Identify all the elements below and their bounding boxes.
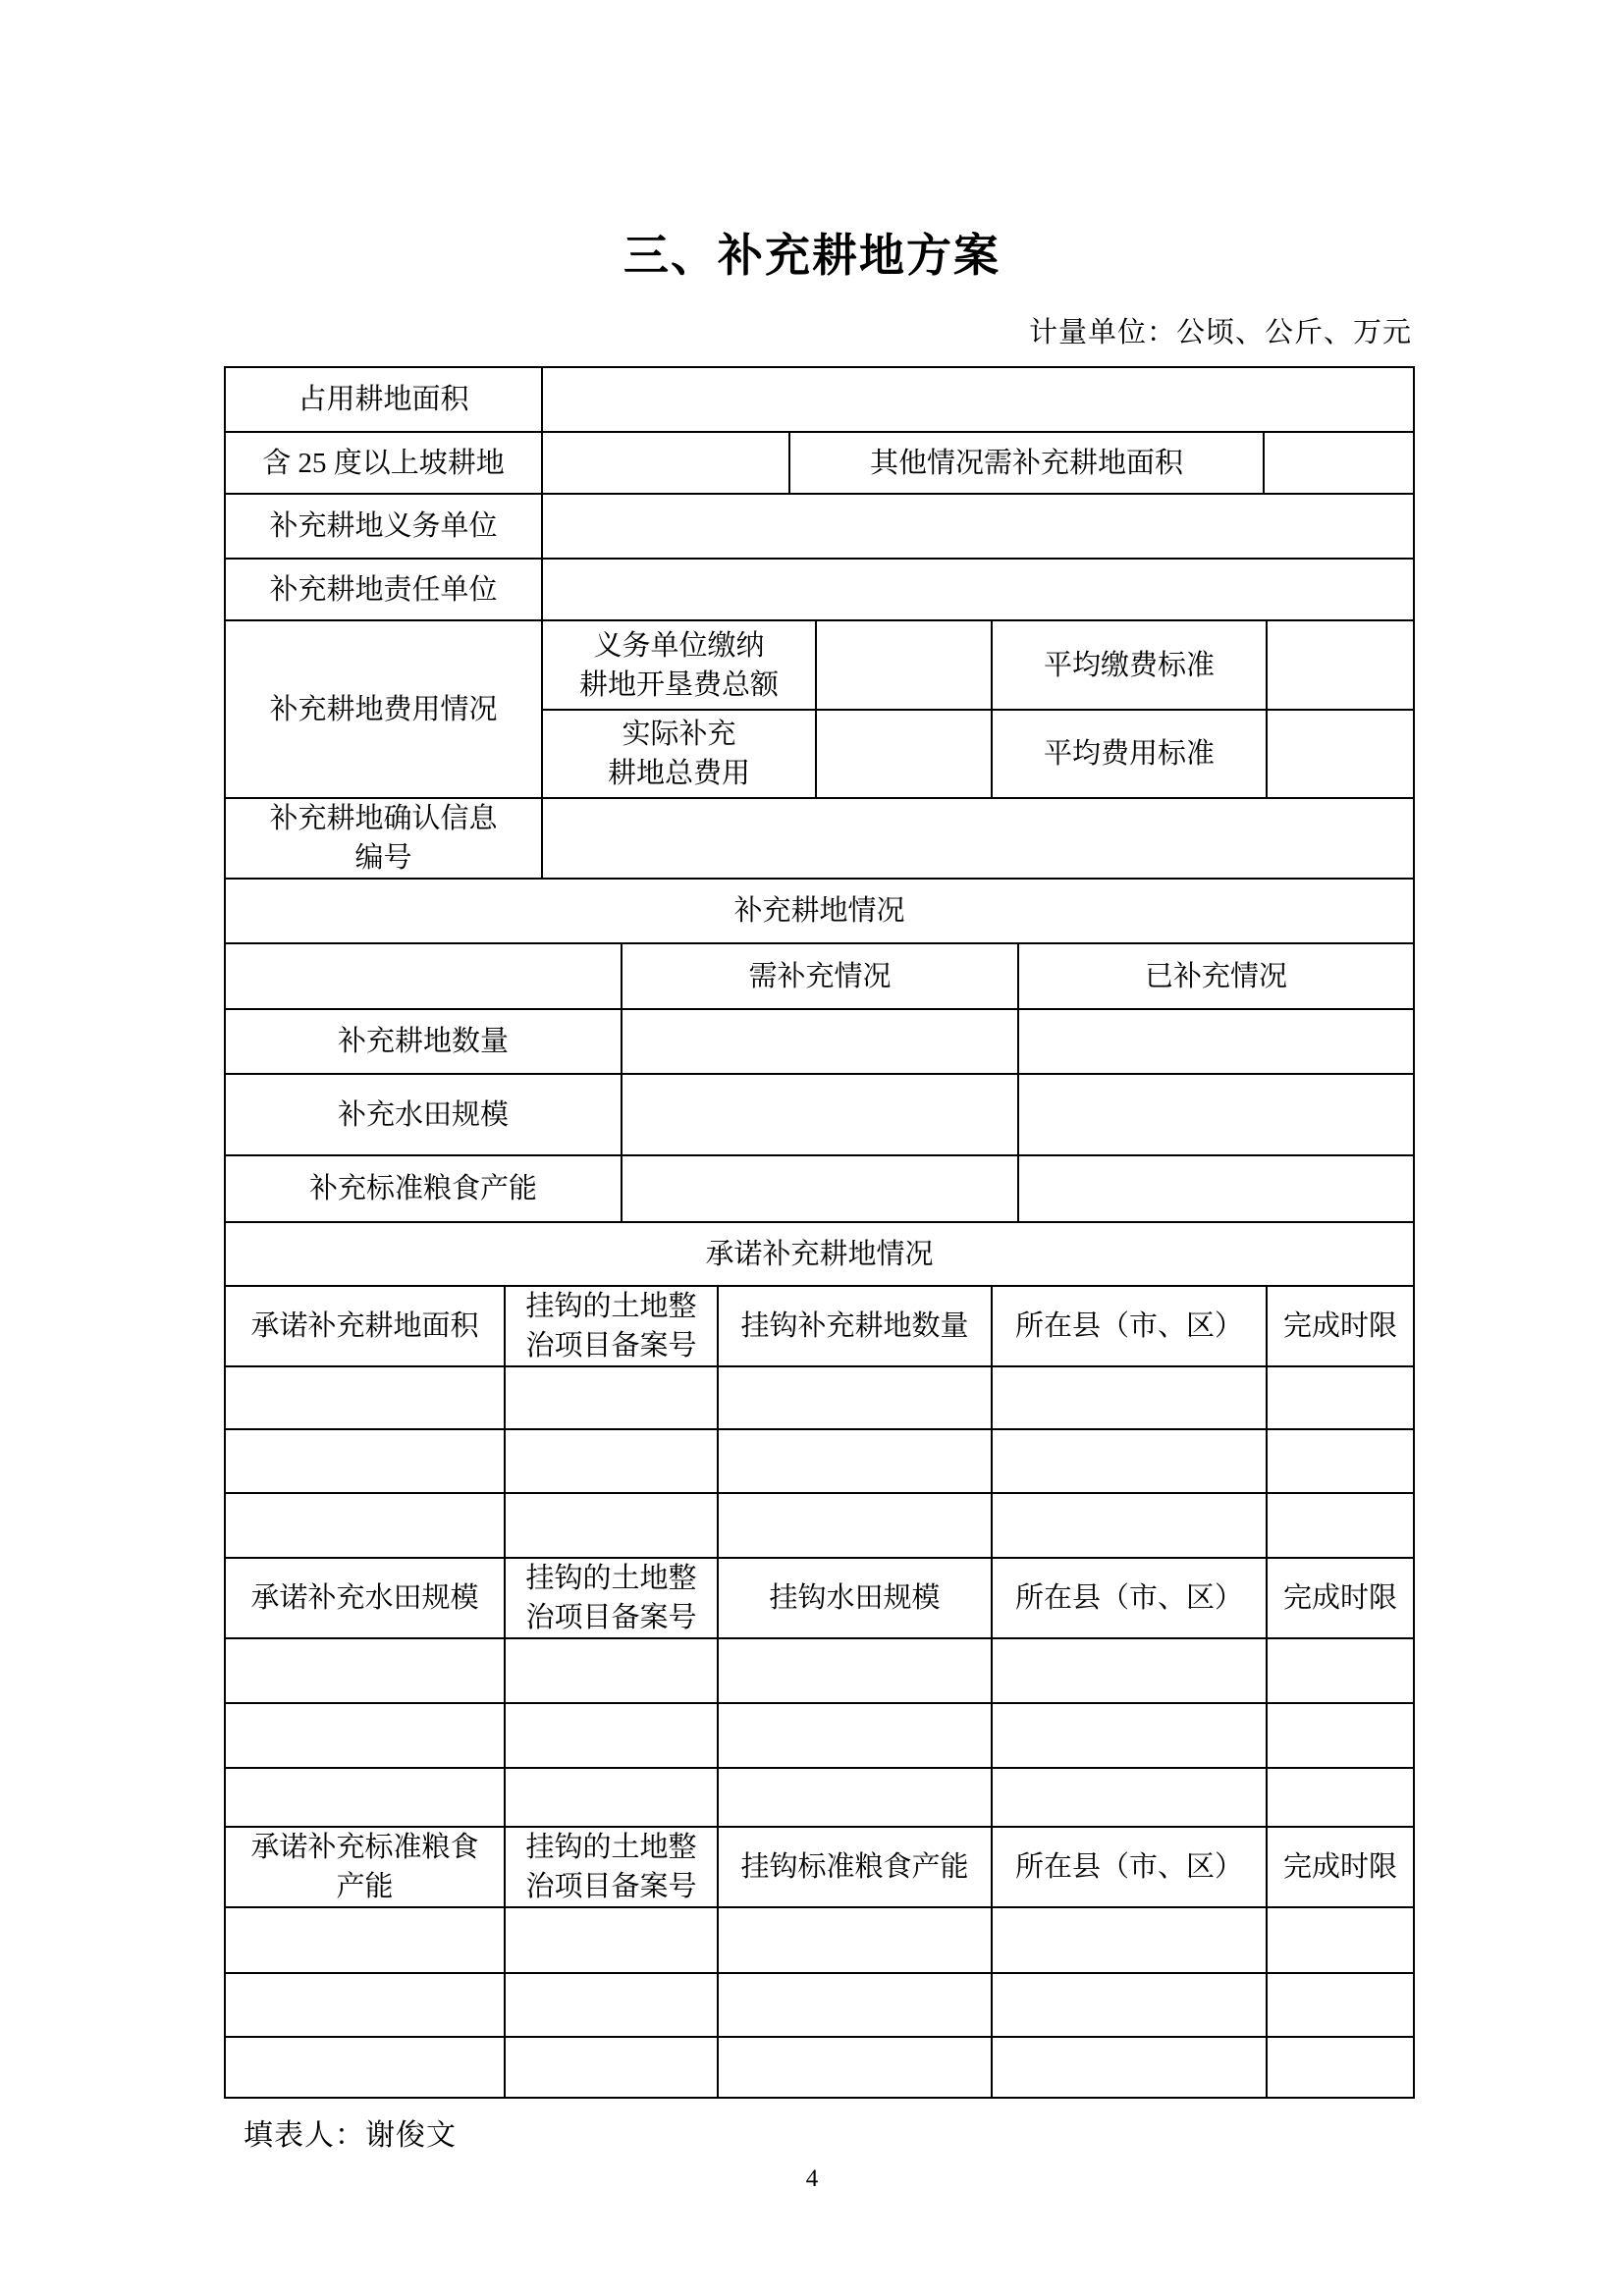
label-line-1: 承诺补充耕地面积	[226, 1307, 504, 1346]
empty-data-cell	[992, 1768, 1267, 1827]
avg-cost-label: 平均费用标准	[992, 710, 1267, 798]
quantity-header: 挂钩水田规模	[718, 1558, 992, 1638]
empty-data-cell	[992, 1638, 1267, 1703]
empty-data-cell	[225, 1638, 505, 1703]
label-line-1: 义务单位缴纳	[543, 626, 815, 666]
empty-data-cell	[992, 1907, 1267, 1973]
deadline-header: 完成时限	[1267, 1827, 1414, 1907]
label-line-1: 挂钩的土地整	[506, 1559, 717, 1598]
project-number-header: 挂钩的土地整 治项目备案号	[505, 1827, 718, 1907]
empty-data-cell	[718, 1638, 992, 1703]
fee-section-label: 补充耕地费用情况	[225, 620, 542, 798]
empty-data-cell	[225, 1703, 505, 1768]
empty-data-cell	[1267, 1366, 1414, 1429]
other-area-value-cell	[1264, 432, 1414, 494]
empty-data-cell	[225, 1429, 505, 1493]
promise-row-label: 承诺补充耕地面积	[225, 1286, 505, 1366]
quantity-header: 挂钩标准粮食产能	[718, 1827, 992, 1907]
supplement-row-label: 补充水田规模	[225, 1074, 622, 1155]
promise-row-label: 承诺补充标准粮食 产能	[225, 1827, 505, 1907]
empty-data-cell	[505, 1703, 718, 1768]
empty-data-cell	[505, 1973, 718, 2037]
empty-data-cell	[225, 1493, 505, 1558]
empty-data-cell	[718, 1973, 992, 2037]
promise-title-section: 承诺补充耕地情况	[224, 1221, 1415, 1287]
empty-data-cell	[718, 1768, 992, 1827]
empty-data-cell	[505, 1493, 718, 1558]
label-line-2: 治项目备案号	[506, 1326, 717, 1365]
label-line-1: 承诺补充水田规模	[226, 1578, 504, 1618]
slope-area-label: 含 25 度以上坡耕地	[225, 432, 542, 494]
empty-data-cell	[1267, 1703, 1414, 1768]
empty-data-cell	[1267, 1907, 1414, 1973]
promise-row-label: 承诺补充水田规模	[225, 1558, 505, 1638]
fee-section: 补充耕地费用情况 义务单位缴纳 耕地开垦费总额 平均缴费标准 实际补充 耕地总费…	[224, 619, 1415, 799]
county-header: 所在县（市、区）	[992, 1558, 1267, 1638]
confirmation-section: 补充耕地确认信息 编号	[224, 797, 1415, 880]
slope-area-value-cell	[542, 432, 789, 494]
need-column-header: 需补充情况	[622, 943, 1018, 1009]
need-value-cell	[622, 1074, 1018, 1155]
county-header: 所在县（市、区）	[992, 1827, 1267, 1907]
other-area-label: 其他情况需补充耕地面积	[789, 432, 1264, 494]
quantity-header: 挂钩补充耕地数量	[718, 1286, 992, 1366]
need-value-cell	[622, 1009, 1018, 1074]
empty-data-cell	[1267, 1429, 1414, 1493]
deadline-header: 完成时限	[1267, 1286, 1414, 1366]
empty-data-cell	[505, 1429, 718, 1493]
label-line-1: 补充耕地确认信息	[226, 799, 541, 838]
empty-data-cell	[718, 1366, 992, 1429]
occupied-area-value-cell	[542, 367, 1414, 432]
preparer-note: 填表人：谢俊文	[244, 2110, 457, 2154]
supplement-corner-cell	[225, 943, 622, 1009]
label-line-1: 挂钩的土地整	[506, 1828, 717, 1867]
avg-payment-value-cell	[1267, 620, 1414, 710]
fee-actual-value-cell	[816, 710, 992, 798]
project-number-header: 挂钩的土地整 治项目备案号	[505, 1286, 718, 1366]
done-column-header: 已补充情况	[1018, 943, 1414, 1009]
supplement-section-title: 补充耕地情况	[225, 879, 1414, 943]
empty-data-cell	[992, 1703, 1267, 1768]
empty-data-cell	[1267, 1768, 1414, 1827]
document-page: 三、补充耕地方案 计量单位：公顷、公斤、万元 占用耕地面积 含 25 度以上坡耕…	[0, 0, 1624, 2296]
empty-data-cell	[1267, 2037, 1414, 2098]
supplement-row-label: 补充标准粮食产能	[225, 1155, 622, 1222]
label-line-2: 治项目备案号	[506, 1598, 717, 1637]
label-line-2: 耕地开垦费总额	[543, 666, 815, 705]
empty-data-cell	[225, 1907, 505, 1973]
supplement-plan-table: 占用耕地面积 含 25 度以上坡耕地 其他情况需补充耕地面积 补充耕地义务单位 …	[224, 366, 1413, 2099]
empty-data-cell	[718, 1907, 992, 1973]
done-value-cell	[1018, 1155, 1414, 1222]
responsibility-unit-label: 补充耕地责任单位	[225, 559, 542, 620]
confirm-info-value-cell	[542, 798, 1414, 879]
empty-data-cell	[505, 1907, 718, 1973]
deadline-header: 完成时限	[1267, 1558, 1414, 1638]
avg-payment-label: 平均缴费标准	[992, 620, 1267, 710]
done-value-cell	[1018, 1074, 1414, 1155]
county-header: 所在县（市、区）	[992, 1286, 1267, 1366]
empty-data-cell	[225, 1366, 505, 1429]
obligation-unit-value-cell	[542, 494, 1414, 559]
done-value-cell	[1018, 1009, 1414, 1074]
confirm-info-label: 补充耕地确认信息 编号	[225, 798, 542, 879]
fee-paid-label: 义务单位缴纳 耕地开垦费总额	[542, 620, 816, 710]
empty-data-cell	[225, 1973, 505, 2037]
project-number-header: 挂钩的土地整 治项目备案号	[505, 1558, 718, 1638]
label-line-2: 产能	[226, 1867, 504, 1906]
empty-data-cell	[992, 2037, 1267, 2098]
occupied-area-label: 占用耕地面积	[225, 367, 542, 432]
empty-data-cell	[718, 1429, 992, 1493]
avg-cost-value-cell	[1267, 710, 1414, 798]
empty-data-cell	[1267, 1493, 1414, 1558]
empty-data-cell	[718, 1703, 992, 1768]
empty-data-cell	[718, 2037, 992, 2098]
empty-data-cell	[505, 2037, 718, 2098]
basic-info-section: 占用耕地面积 含 25 度以上坡耕地 其他情况需补充耕地面积 补充耕地义务单位 …	[224, 366, 1415, 621]
label-line-2: 耕地总费用	[543, 754, 815, 793]
label-line-2: 治项目备案号	[506, 1867, 717, 1906]
empty-data-cell	[992, 1366, 1267, 1429]
empty-data-cell	[225, 2037, 505, 2098]
empty-data-cell	[992, 1493, 1267, 1558]
responsibility-unit-value-cell	[542, 559, 1414, 620]
empty-data-cell	[225, 1768, 505, 1827]
supplement-title-section: 补充耕地情况	[224, 878, 1415, 944]
measurement-unit-note: 计量单位：公顷、公斤、万元	[1029, 310, 1412, 350]
label-line-1: 承诺补充标准粮食	[226, 1828, 504, 1867]
promise-section-title: 承诺补充耕地情况	[225, 1222, 1414, 1286]
need-value-cell	[622, 1155, 1018, 1222]
label-line-1: 挂钩的土地整	[506, 1287, 717, 1326]
label-line-1: 实际补充	[543, 715, 815, 754]
fee-actual-label: 实际补充 耕地总费用	[542, 710, 816, 798]
page-number: 4	[0, 2165, 1624, 2193]
empty-data-cell	[992, 1973, 1267, 2037]
empty-data-cell	[505, 1638, 718, 1703]
supplement-detail-section: 需补充情况 已补充情况 补充耕地数量 补充水田规模 补充标准粮食产能	[224, 942, 1415, 1223]
promise-detail-section: 承诺补充耕地面积 挂钩的土地整 治项目备案号 挂钩补充耕地数量 所在县（市、区）…	[224, 1285, 1415, 2099]
supplement-row-label: 补充耕地数量	[225, 1009, 622, 1074]
empty-data-cell	[992, 1429, 1267, 1493]
empty-data-cell	[505, 1768, 718, 1827]
label-line-2: 编号	[226, 838, 541, 878]
fee-paid-value-cell	[816, 620, 992, 710]
empty-data-cell	[505, 1366, 718, 1429]
empty-data-cell	[1267, 1973, 1414, 2037]
obligation-unit-label: 补充耕地义务单位	[225, 494, 542, 559]
page-title: 三、补充耕地方案	[0, 220, 1624, 285]
empty-data-cell	[1267, 1638, 1414, 1703]
empty-data-cell	[718, 1493, 992, 1558]
